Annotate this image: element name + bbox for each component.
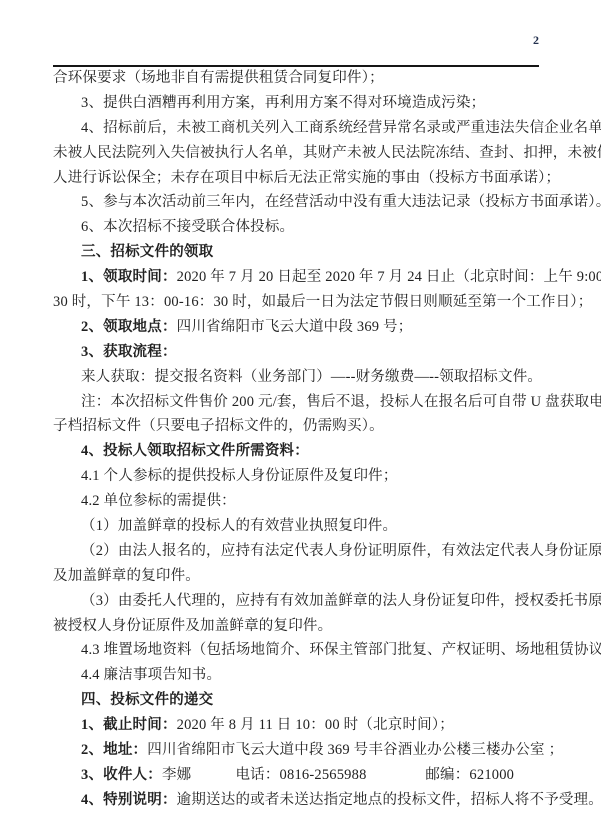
text-line: 4.4 廉洁事项告知书。 xyxy=(53,663,553,688)
line-text: 合环保要求（场地非自有需提供租赁合同复印件）； xyxy=(53,70,384,86)
text-line: 4.1 个人参标的提供投标人身份证原件及复印件； xyxy=(53,464,553,489)
line-text: （1）加盖鲜章的投标人的有效营业执照复印件。 xyxy=(81,518,397,534)
bold-label: 三、招标文件的领取 xyxy=(81,244,213,260)
text-line: 3、获取流程： xyxy=(53,340,553,365)
text-line: 注：本次招标文件售价 200 元/套，售后不退，投标人在报名后可自带 U 盘获取… xyxy=(53,390,553,415)
text-line: 被授权人身份证原件及加盖鲜章的复印件。 xyxy=(53,614,553,639)
bold-label: 2、领取地点： xyxy=(81,319,177,335)
line-text: （2）由法人报名的，应持有法定代表人身份证明原件，有效法定代表人身份证原件 xyxy=(81,543,601,559)
text-line: 合环保要求（场地非自有需提供租赁合同复印件）； xyxy=(53,66,553,91)
bold-label: 四、投标文件的递交 xyxy=(81,692,213,708)
text-line: 4.2 单位参标的需提供： xyxy=(53,489,553,514)
text-line: 来人获取：提交报名资料（业务部门）—--财务缴费—--领取招标文件。 xyxy=(53,365,553,390)
line-text: 未被人民法院列入失信被执行人名单，其财产未被人民法院冻结、查封、扣押，未被他 xyxy=(53,145,601,161)
text-line: 1、领取时间：2020 年 7 月 20 日起至 2020 年 7 月 24 日… xyxy=(53,265,553,290)
line-text: 四川省绵阳市飞云大道中段 369 号丰谷酒业办公楼三楼办公室 ； xyxy=(147,742,563,758)
bold-label: 2、地址： xyxy=(81,742,147,758)
line-text: 2020 年 8 月 11 日 10：00 时（北京时间）； xyxy=(177,717,454,733)
line-text: 6、本次招标不接受联合体投标。 xyxy=(81,219,294,235)
text-line: 3、提供白酒糟再利用方案，再利用方案不得对环境造成污染； xyxy=(53,91,553,116)
bold-label: 3、收件人： xyxy=(81,767,162,783)
text-line: 5、参与本次活动前三年内，在经营活动中没有重大违法记录（投标方书面承诺）。 xyxy=(53,190,553,215)
text-line: 4、招标前后，未被工商机关列入工商系统经营异常名录或严重违法失信企业名单， xyxy=(53,116,553,141)
line-text: 5、参与本次活动前三年内，在经营活动中没有重大违法记录（投标方书面承诺）。 xyxy=(81,194,601,210)
bold-label: 3、获取流程： xyxy=(81,344,177,360)
line-text: 四川省绵阳市飞云大道中段 369 号； xyxy=(177,319,413,335)
line-text: 30 时，下午 13：00-16：30 时，如最后一日为法定节假日则顺延至第一个… xyxy=(53,294,592,310)
text-line: 四、投标文件的递交 xyxy=(53,688,553,713)
line-text: 来人获取：提交报名资料（业务部门）—--财务缴费—--领取招标文件。 xyxy=(81,369,542,385)
bold-label: 4、投标人领取招标文件所需资料： xyxy=(81,443,309,459)
text-line: 4、投标人领取招标文件所需资料： xyxy=(53,439,553,464)
text-line: 2、地址：四川省绵阳市飞云大道中段 369 号丰谷酒业办公楼三楼办公室 ； xyxy=(53,738,553,763)
text-line: 2、领取地点：四川省绵阳市飞云大道中段 369 号； xyxy=(53,315,553,340)
text-line: 3、收件人：李娜 电话：0816-2565988 邮编：621000 xyxy=(53,763,553,788)
text-line: 子档招标文件（只要电子招标文件的，仍需购买）。 xyxy=(53,414,553,439)
text-line: 6、本次招标不接受联合体投标。 xyxy=(53,215,553,240)
document-lines: 合环保要求（场地非自有需提供租赁合同复印件）；3、提供白酒糟再利用方案，再利用方… xyxy=(53,66,553,813)
line-text: 4.4 廉洁事项告知书。 xyxy=(81,667,221,683)
text-line: 三、招标文件的领取 xyxy=(53,240,553,265)
document-page: 2 合环保要求（场地非自有需提供租赁合同复印件）；3、提供白酒糟再利用方案，再利… xyxy=(0,0,601,835)
line-text: 及加盖鲜章的复印件。 xyxy=(53,568,200,584)
text-line: （1）加盖鲜章的投标人的有效营业执照复印件。 xyxy=(53,514,553,539)
text-line: 人进行诉讼保全；未存在项目中标后无法正常实施的事由（投标方书面承诺）； xyxy=(53,166,553,191)
text-line: 未被人民法院列入失信被执行人名单，其财产未被人民法院冻结、查封、扣押，未被他 xyxy=(53,141,553,166)
line-text: 4.1 个人参标的提供投标人身份证原件及复印件； xyxy=(81,468,398,484)
bold-label: 4、特别说明： xyxy=(81,792,177,808)
text-line: 30 时，下午 13：00-16：30 时，如最后一日为法定节假日则顺延至第一个… xyxy=(53,290,553,315)
text-line: （3）由委托人代理的，应持有有效加盖鲜章的法人身份证复印件，授权委托书原件， xyxy=(53,589,553,614)
bold-label: 1、领取时间： xyxy=(81,269,177,285)
line-text: （3）由委托人代理的，应持有有效加盖鲜章的法人身份证复印件，授权委托书原件， xyxy=(81,593,601,609)
text-line: 1、截止时间：2020 年 8 月 11 日 10：00 时（北京时间）； xyxy=(53,713,553,738)
line-text: 3、提供白酒糟再利用方案，再利用方案不得对环境造成污染； xyxy=(81,95,485,111)
line-text: 子档招标文件（只要电子招标文件的，仍需购买）。 xyxy=(53,418,384,434)
line-text: 被授权人身份证原件及加盖鲜章的复印件。 xyxy=(53,618,332,634)
text-line: 4.3 堆置场地资料（包括场地简介、环保主管部门批复、产权证明、场地租赁协议等）… xyxy=(53,638,553,663)
text-line: 及加盖鲜章的复印件。 xyxy=(53,564,553,589)
line-text: 人进行诉讼保全；未存在项目中标后无法正常实施的事由（投标方书面承诺）； xyxy=(53,170,560,186)
line-text: 注：本次招标文件售价 200 元/套，售后不退，投标人在报名后可自带 U 盘获取… xyxy=(81,394,601,410)
bold-label: 1、截止时间： xyxy=(81,717,177,733)
line-text: 逾期送达的或者未送达指定地点的投标文件，招标人将不予受理。 xyxy=(177,792,601,808)
line-text: 4、招标前后，未被工商机关列入工商系统经营异常名录或严重违法失信企业名单， xyxy=(81,120,601,136)
line-text: 4.3 堆置场地资料（包括场地简介、环保主管部门批复、产权证明、场地租赁协议等）… xyxy=(81,642,601,658)
line-text: 4.2 单位参标的需提供： xyxy=(81,493,236,509)
line-text: 李娜 电话：0816-2565988 邮编：621000 xyxy=(162,767,514,783)
page-number: 2 xyxy=(53,33,539,47)
line-text: 2020 年 7 月 20 日起至 2020 年 7 月 24 日止（北京时间：… xyxy=(177,269,601,285)
text-line: 4、特别说明：逾期送达的或者未送达指定地点的投标文件，招标人将不予受理。 xyxy=(53,788,553,813)
text-line: （2）由法人报名的，应持有法定代表人身份证明原件，有效法定代表人身份证原件 xyxy=(53,539,553,564)
